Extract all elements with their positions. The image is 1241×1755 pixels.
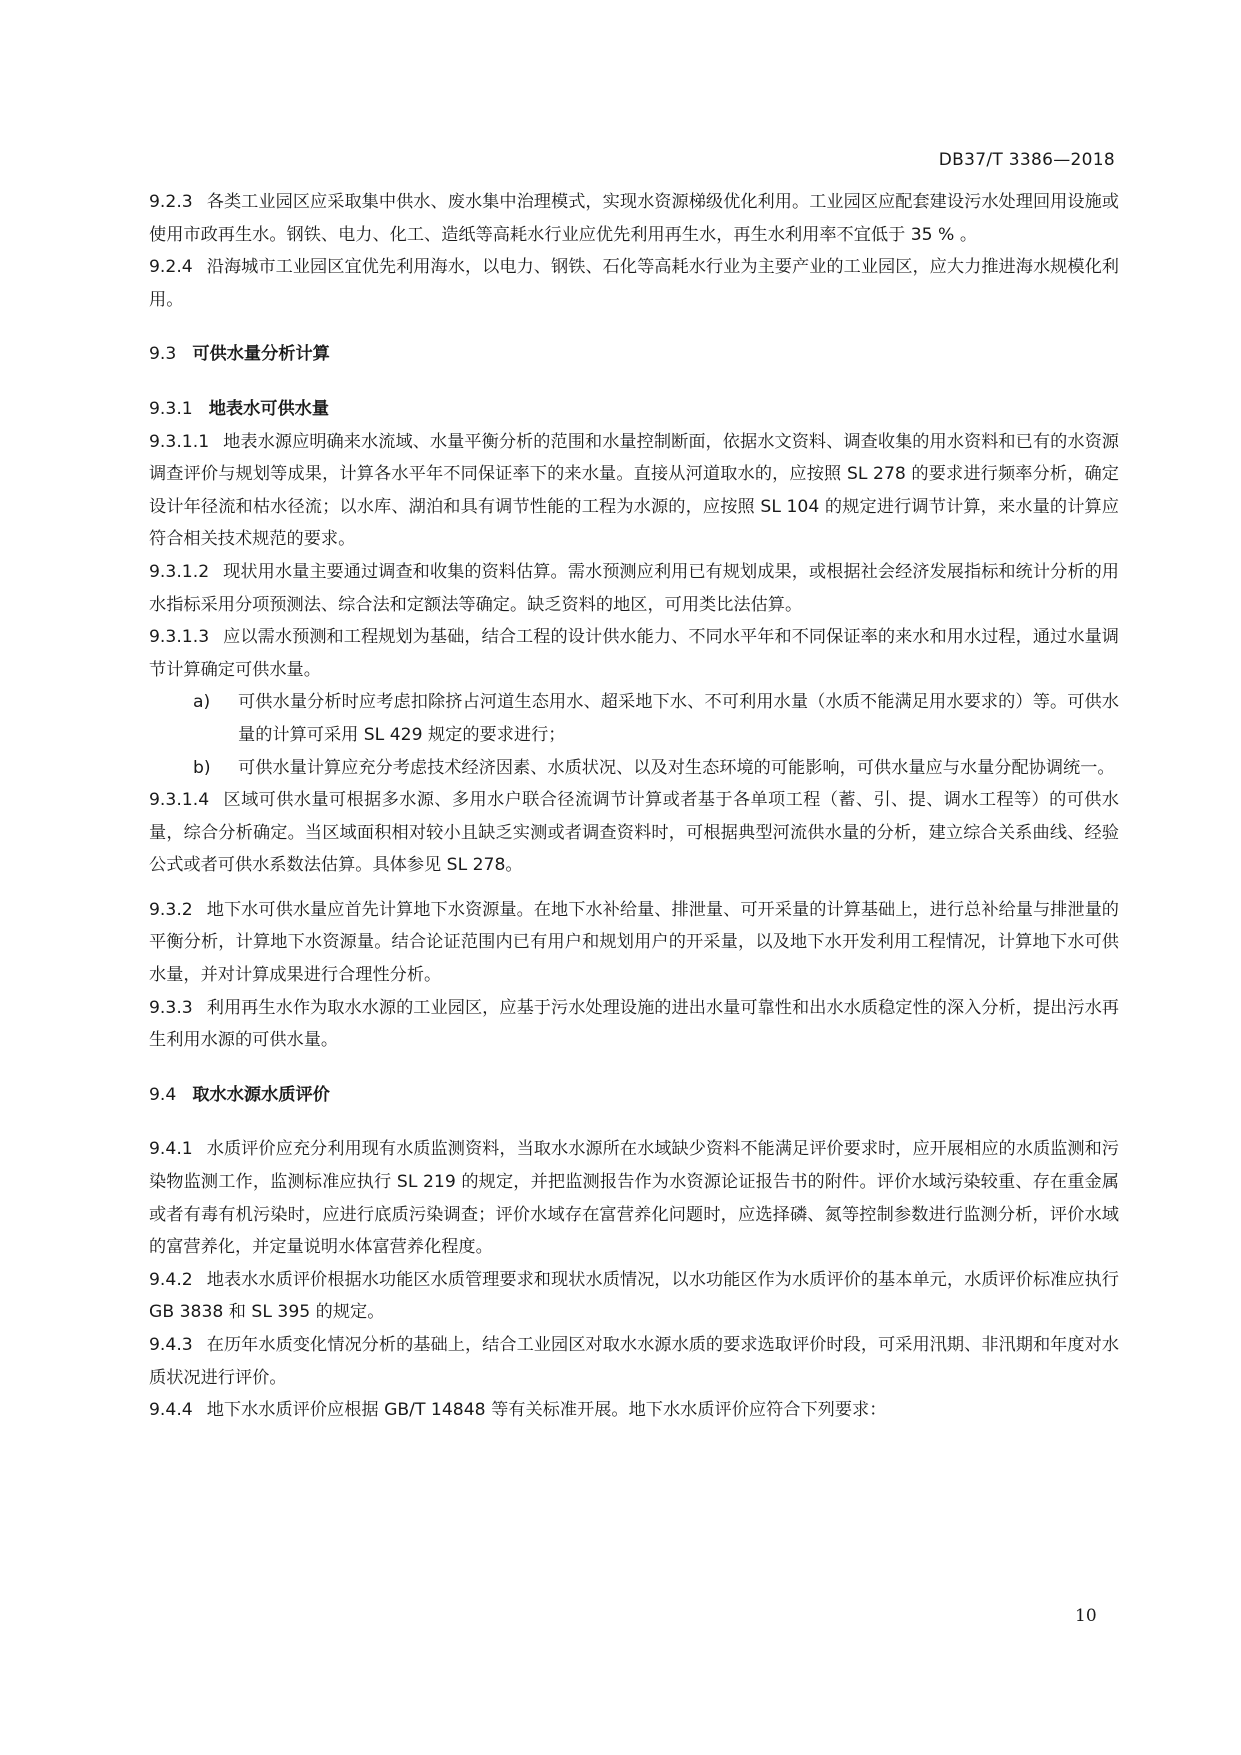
- clause-text: 在历年水质变化情况分析的基础上，结合工业园区对取水水源水质的要求选取评价时段，可…: [149, 1335, 1119, 1388]
- clause-number: 9.4.3: [149, 1335, 193, 1355]
- clause-text: 水质评价应充分利用现有水质监测资料，当取水水源所在水域缺少资料不能满足评价要求时…: [149, 1139, 1119, 1257]
- clause-number: 9.2.4: [149, 257, 193, 277]
- clause-9-3-3: 9.3.3利用再生水作为取水水源的工业园区，应基于污水处理设施的进出水量可靠性和…: [149, 992, 1119, 1057]
- section-number: 9.4: [149, 1085, 176, 1105]
- clause-text: 现状用水量主要通过调查和收集的资料估算。需水预测应利用已有规划成果，或根据社会经…: [149, 562, 1119, 615]
- document-body: 9.2.3各类工业园区应采取集中供水、废水集中治理模式，实现水资源梯级优化利用。…: [149, 186, 1119, 1427]
- clause-9-2-3: 9.2.3各类工业园区应采取集中供水、废水集中治理模式，实现水资源梯级优化利用。…: [149, 186, 1119, 251]
- clause-9-3-1-1: 9.3.1.1地表水源应明确来水流域、水量平衡分析的范围和水量控制断面，依据水文…: [149, 426, 1119, 556]
- clause-text: 地下水水质评价应根据 GB/T 14848 等有关标准开展。地下水水质评价应符合…: [207, 1400, 887, 1420]
- clause-number: 9.4.4: [149, 1400, 193, 1420]
- section-heading-9-3: 9.3可供水量分析计算: [149, 338, 1119, 371]
- section-title: 可供水量分析计算: [192, 344, 330, 364]
- list-item-b: b)可供水量计算应充分考虑技术经济因素、水质状况、以及对生态环境的可能影响，可供…: [149, 752, 1119, 785]
- clause-text: 地表水水质评价根据水功能区水质管理要求和现状水质情况，以水功能区作为水质评价的基…: [149, 1270, 1119, 1323]
- page-number: 10: [1075, 1606, 1097, 1626]
- subsection-heading-9-3-1: 9.3.1地表水可供水量: [149, 393, 1119, 426]
- clause-text: 区域可供水量可根据多水源、多用水户联合径流调节计算或者基于各单项工程（蓄、引、提…: [149, 790, 1119, 875]
- clause-number: 9.4.1: [149, 1139, 193, 1159]
- clause-number: 9.3.1.1: [149, 432, 209, 452]
- clause-9-4-4: 9.4.4地下水水质评价应根据 GB/T 14848 等有关标准开展。地下水水质…: [149, 1394, 1119, 1427]
- clause-text: 利用再生水作为取水水源的工业园区，应基于污水处理设施的进出水量可靠性和出水水质稳…: [149, 998, 1119, 1051]
- clause-number: 9.3.1.3: [149, 627, 209, 647]
- list-item-text: 可供水量计算应充分考虑技术经济因素、水质状况、以及对生态环境的可能影响，可供水量…: [238, 758, 1115, 778]
- clause-text: 地下水可供水量应首先计算地下水资源量。在地下水补给量、排泄量、可开采量的计算基础…: [149, 900, 1119, 985]
- clause-text: 各类工业园区应采取集中供水、废水集中治理模式，实现水资源梯级优化利用。工业园区应…: [149, 192, 1119, 245]
- section-number: 9.3: [149, 344, 176, 364]
- list-marker: b): [193, 752, 211, 785]
- clause-9-4-1: 9.4.1水质评价应充分利用现有水质监测资料，当取水水源所在水域缺少资料不能满足…: [149, 1133, 1119, 1263]
- clause-text: 应以需水预测和工程规划为基础，结合工程的设计供水能力、不同水平年和不同保证率的来…: [149, 627, 1119, 680]
- clause-text: 沿海城市工业园区宜优先利用海水，以电力、钢铁、石化等高耗水行业为主要产业的工业园…: [149, 257, 1119, 310]
- section-title: 取水水源水质评价: [192, 1085, 330, 1105]
- clause-9-2-4: 9.2.4沿海城市工业园区宜优先利用海水，以电力、钢铁、石化等高耗水行业为主要产…: [149, 251, 1119, 316]
- clause-9-3-1-2: 9.3.1.2现状用水量主要通过调查和收集的资料估算。需水预测应利用已有规划成果…: [149, 556, 1119, 621]
- clause-number: 9.2.3: [149, 192, 193, 212]
- clause-9-4-3: 9.4.3在历年水质变化情况分析的基础上，结合工业园区对取水水源水质的要求选取评…: [149, 1329, 1119, 1394]
- clause-9-3-1-3: 9.3.1.3应以需水预测和工程规划为基础，结合工程的设计供水能力、不同水平年和…: [149, 621, 1119, 686]
- list-marker: a): [193, 686, 210, 719]
- section-title: 地表水可供水量: [209, 399, 329, 419]
- section-number: 9.3.1: [149, 399, 193, 419]
- clause-9-3-1-4: 9.3.1.4区域可供水量可根据多水源、多用水户联合径流调节计算或者基于各单项工…: [149, 784, 1119, 882]
- clause-number: 9.3.2: [149, 900, 193, 920]
- list-item-text: 可供水量分析时应考虑扣除挤占河道生态用水、超采地下水、不可利用水量（水质不能满足…: [238, 692, 1119, 745]
- list-item-a: a)可供水量分析时应考虑扣除挤占河道生态用水、超采地下水、不可利用水量（水质不能…: [149, 686, 1119, 751]
- clause-9-3-2: 9.3.2地下水可供水量应首先计算地下水资源量。在地下水补给量、排泄量、可开采量…: [149, 894, 1119, 992]
- clause-9-4-2: 9.4.2地表水水质评价根据水功能区水质管理要求和现状水质情况，以水功能区作为水…: [149, 1264, 1119, 1329]
- section-heading-9-4: 9.4取水水源水质评价: [149, 1079, 1119, 1112]
- clause-number: 9.3.1.4: [149, 790, 209, 810]
- clause-number: 9.3.3: [149, 998, 193, 1018]
- clause-number: 9.4.2: [149, 1270, 193, 1290]
- clause-number: 9.3.1.2: [149, 562, 209, 582]
- standard-code: DB37/T 3386—2018: [939, 150, 1115, 170]
- clause-text: 地表水源应明确来水流域、水量平衡分析的范围和水量控制断面，依据水文资料、调查收集…: [149, 432, 1119, 550]
